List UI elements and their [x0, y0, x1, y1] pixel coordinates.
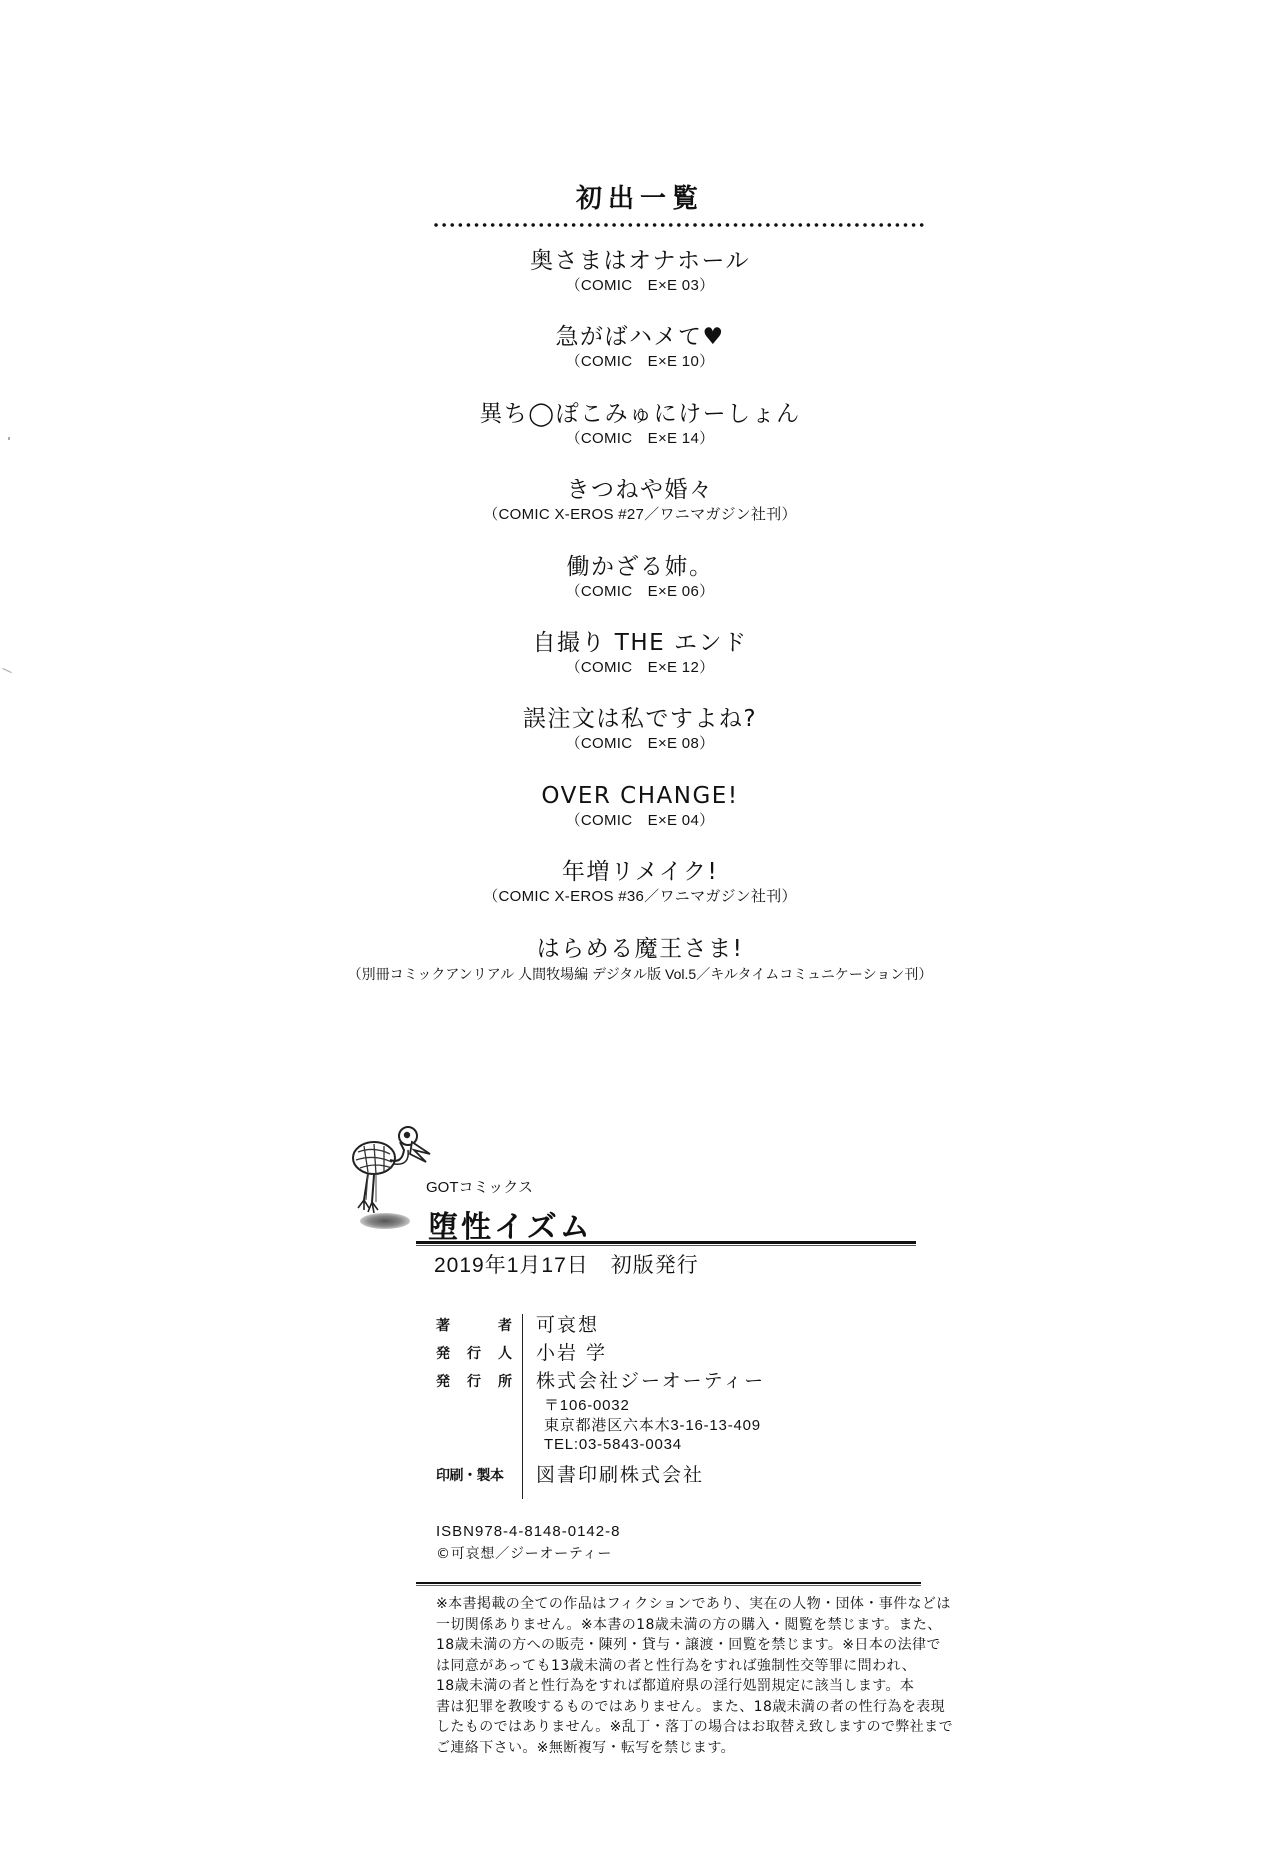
phone-number: TEL:03-5843-0034 [544, 1435, 682, 1454]
notice-line: 18歳未満の方への販売・陳列・貸与・譲渡・回覧を禁じます。※日本の法律で [436, 1635, 916, 1656]
printer-name: 図書印刷株式会社 [536, 1460, 704, 1487]
title-divider [416, 1241, 916, 1244]
work-source: （COMIC X-EROS #27／ワニマガジン社刊） [0, 505, 1280, 525]
list-item: 働かざる姉。 （COMIC E×E 06） [0, 552, 1280, 628]
notice-line: ※本書掲載の全ての作品はフィクションであり、実在の人物・団体・事件などは [436, 1594, 916, 1615]
list-item: 年増リメイク! （COMIC X-EROS #36／ワニマガジン社刊） [0, 857, 1280, 933]
work-title: 急がばハメて♥ [0, 322, 1280, 352]
notice-line: 書は犯罪を教唆するものではありません。また、18歳未満の者の性行為を表現 [436, 1697, 916, 1718]
legal-notice: ※本書掲載の全ての作品はフィクションであり、実在の人物・団体・事件などは 一切関… [436, 1594, 916, 1758]
work-source: （COMIC E×E 04） [0, 811, 1280, 831]
work-title: 働かざる姉。 [0, 552, 1280, 582]
work-title: 異ち◯ぽこみゅにけーしょん [0, 399, 1280, 429]
work-source: （COMIC E×E 12） [0, 658, 1280, 678]
first-appearances-list: 奥さまはオナホール （COMIC E×E 03） 急がばハメて♥ （COMIC … [0, 246, 1280, 1010]
publisher-name: 株式会社ジーオーティー [536, 1366, 765, 1393]
list-item: 異ち◯ぽこみゅにけーしょん （COMIC E×E 14） [0, 399, 1280, 475]
address: 東京都港区六本木3-16-13-409 [544, 1416, 761, 1435]
list-item: OVER CHANGE! （COMIC E×E 04） [0, 781, 1280, 857]
work-source: （COMIC E×E 14） [0, 429, 1280, 449]
list-item: きつねや婚々 （COMIC X-EROS #27／ワニマガジン社刊） [0, 475, 1280, 551]
list-item: 奥さまはオナホール （COMIC E×E 03） [0, 246, 1280, 322]
work-title: 年増リメイク! [0, 857, 1280, 887]
notice-line: ご連絡下さい。※無断複写・転写を禁じます。 [436, 1738, 916, 1759]
dotted-divider [432, 222, 926, 228]
issue-date: 2019年1月17日 初版発行 [434, 1249, 699, 1279]
author-name: 可哀想 [536, 1310, 599, 1337]
postal-code: 〒106-0032 [544, 1396, 630, 1415]
list-item: 自撮り THE エンド （COMIC E×E 12） [0, 628, 1280, 704]
notice-line: は同意があっても13歳未満の者と性行為をすれば強制性交等罪に問われ、 [436, 1656, 916, 1677]
list-item: 急がばハメて♥ （COMIC E×E 10） [0, 322, 1280, 398]
work-title: OVER CHANGE! [0, 781, 1280, 811]
work-title: 誤注文は私ですよね? [0, 704, 1280, 734]
notice-line: したものではありません。※乱丁・落丁の場合はお取替え致しますので弊社まで [436, 1717, 916, 1738]
work-title: はらめる魔王さま! [0, 934, 1280, 964]
book-title: 堕性イズム [428, 1202, 593, 1246]
credit-label: 発行人 [436, 1343, 512, 1363]
work-source: （COMIC E×E 03） [0, 276, 1280, 296]
notice-line: 18歳未満の者と性行為をすれば都道府県の淫行処罰規定に該当します。本 [436, 1676, 916, 1697]
list-item: はらめる魔王さま! （別冊コミックアンリアル 人間牧場編 デジタル版 Vol.5… [0, 934, 1280, 1010]
list-item: 誤注文は私ですよね? （COMIC E×E 08） [0, 704, 1280, 780]
credit-label: 発行所 [436, 1371, 512, 1391]
work-source: （別冊コミックアンリアル 人間牧場編 デジタル版 Vol.5／キルタイムコミュニ… [0, 964, 1280, 984]
mascot-shadow [360, 1213, 410, 1229]
work-title: きつねや婚々 [0, 475, 1280, 505]
copyright: ©可哀想／ジーオーティー [436, 1543, 612, 1563]
work-source: （COMIC E×E 10） [0, 352, 1280, 372]
notice-divider [416, 1582, 921, 1584]
book-colophon-page: 初出一覧 奥さまはオナホール （COMIC E×E 03） 急がばハメて♥ （C… [0, 0, 1280, 1854]
work-source: （COMIC E×E 06） [0, 582, 1280, 602]
work-title: 奥さまはオナホール [0, 246, 1280, 276]
work-source: （COMIC E×E 08） [0, 734, 1280, 754]
work-title: 自撮り THE エンド [0, 628, 1280, 658]
imprint-label: GOTコミックス [426, 1176, 533, 1197]
publisher-person-name: 小岩 学 [536, 1338, 607, 1365]
isbn: ISBN978-4-8148-0142-8 [436, 1523, 620, 1540]
credit-label: 印刷・製本 [436, 1465, 512, 1485]
credit-label: 著者 [436, 1315, 512, 1335]
work-source: （COMIC X-EROS #36／ワニマガジン社刊） [0, 887, 1280, 907]
notice-line: 一切関係ありません。※本書の18歳未満の方の購入・閲覧を禁じます。また、 [436, 1615, 916, 1636]
credits-divider [522, 1314, 523, 1499]
first-appearances-heading: 初出一覧 [0, 178, 1280, 215]
